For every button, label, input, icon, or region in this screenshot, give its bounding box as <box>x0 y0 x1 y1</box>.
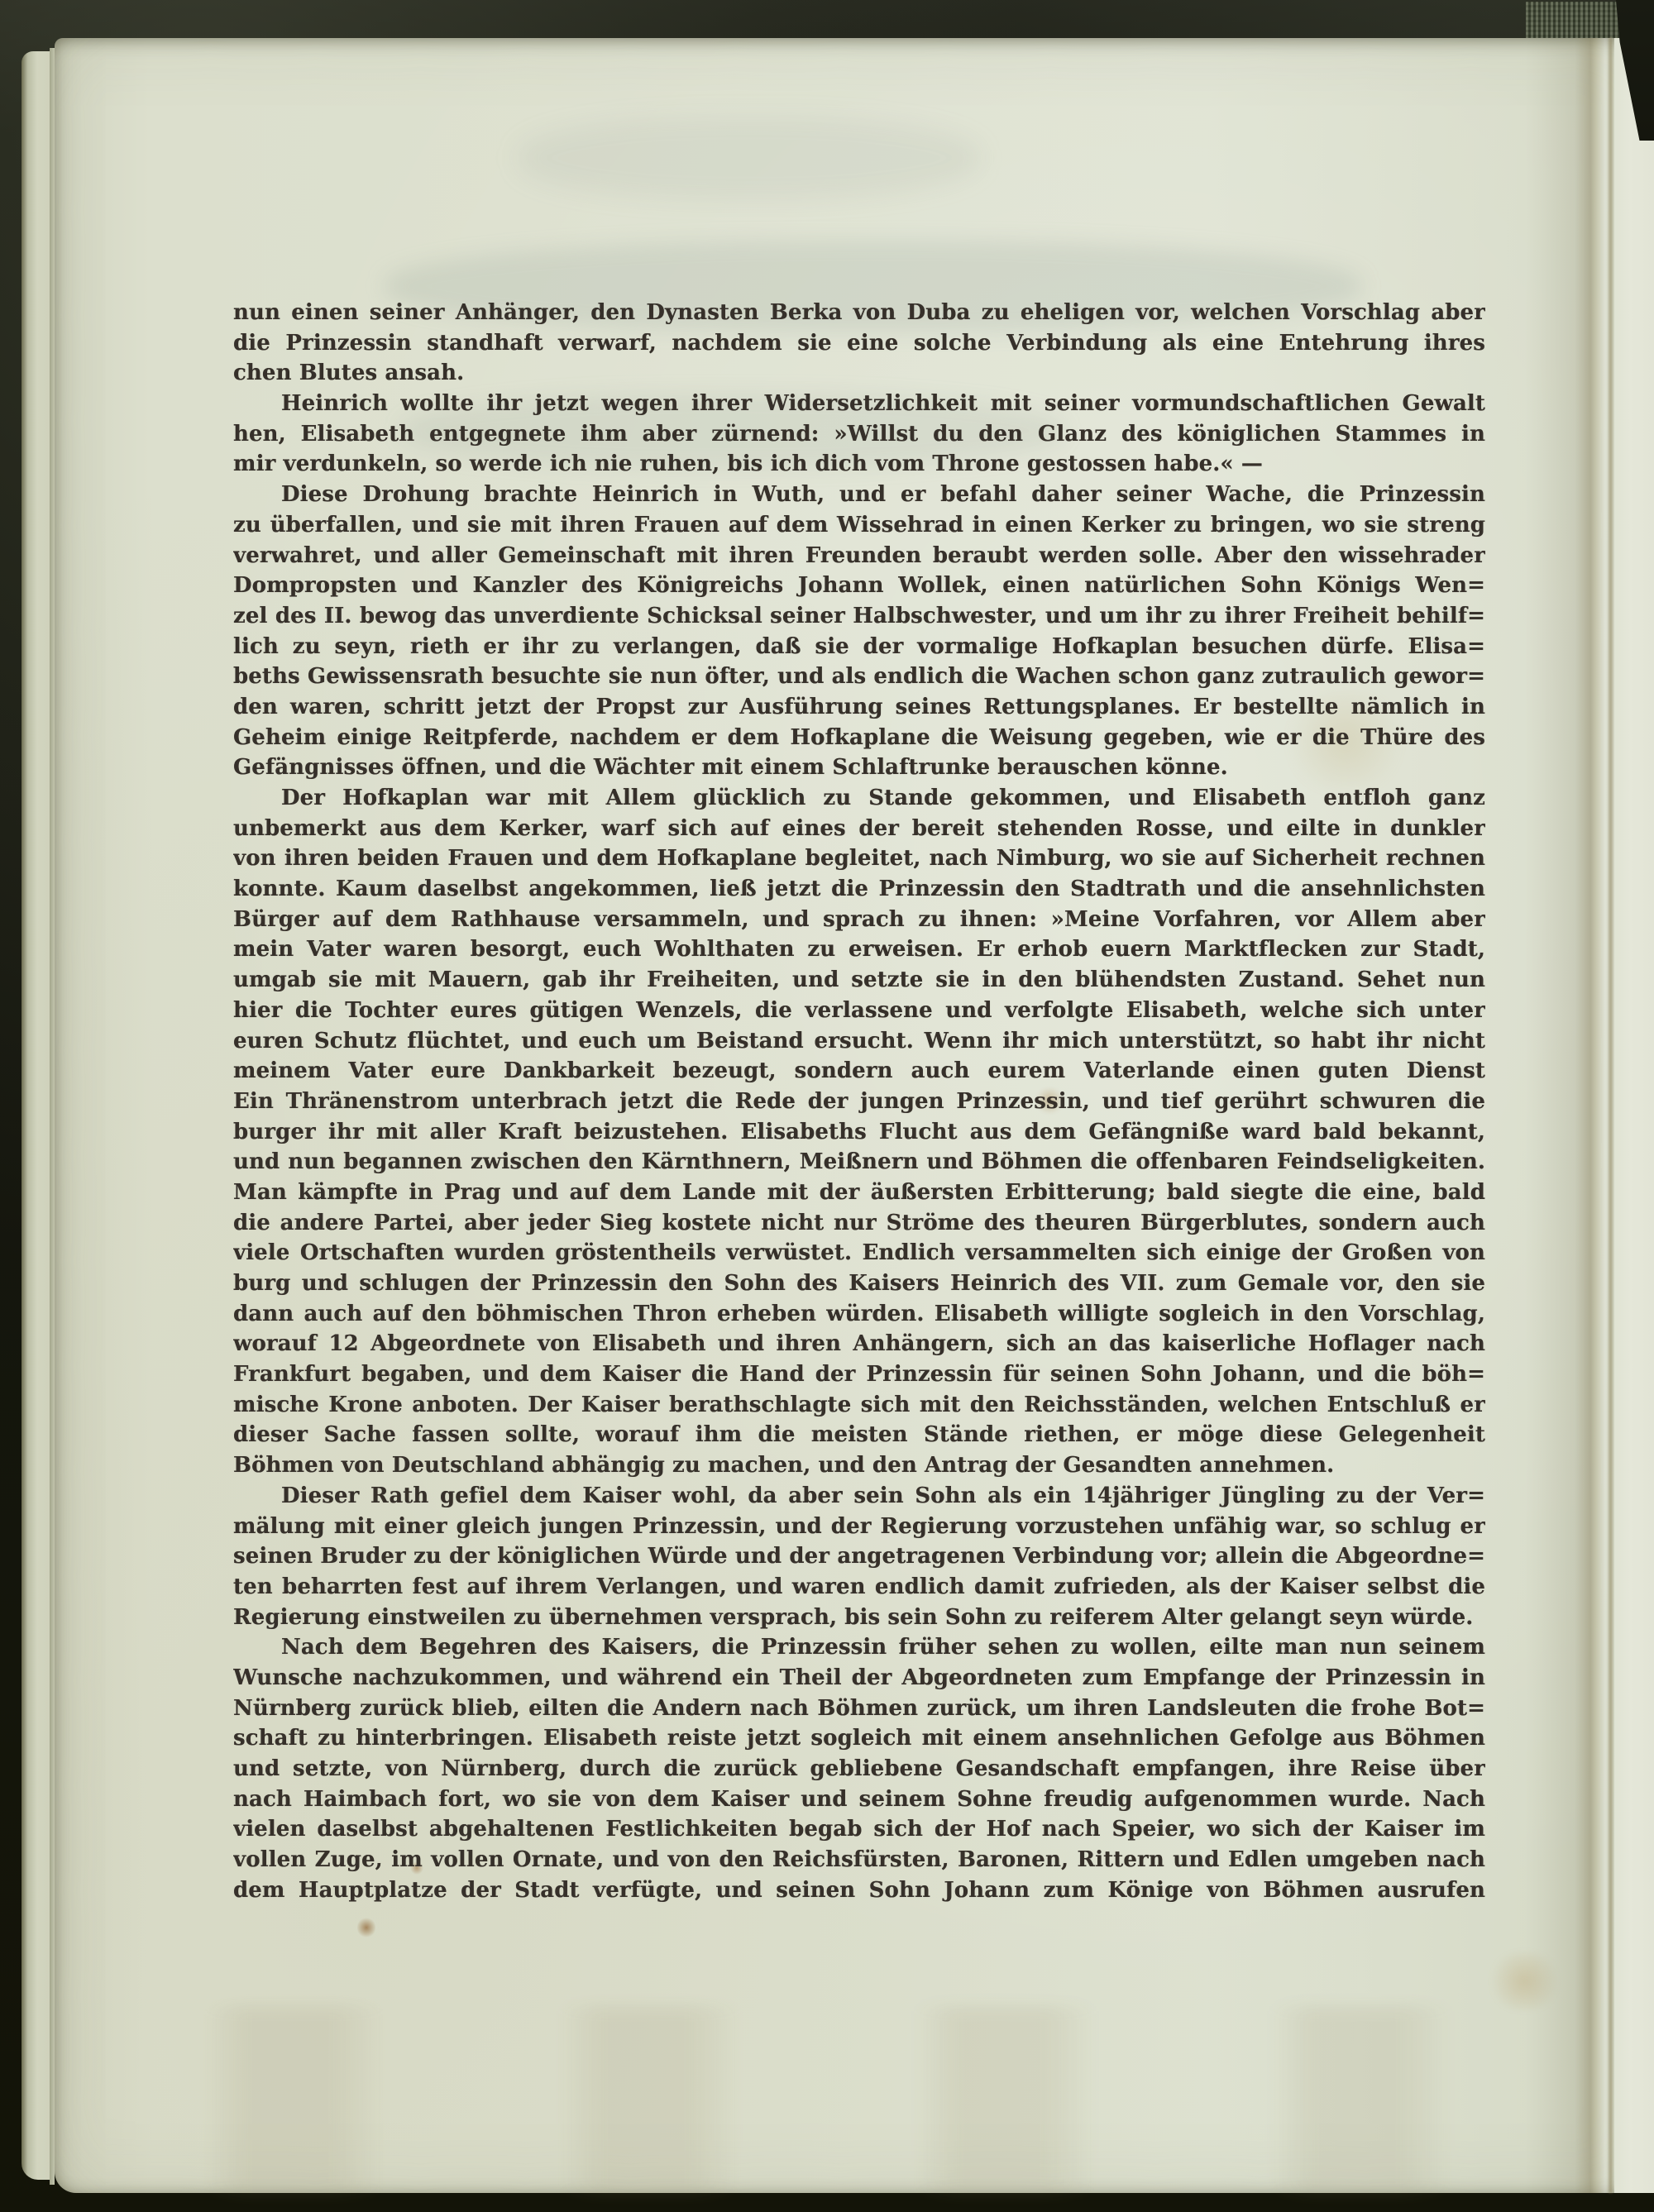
text-line: Nach dem Begehren des Kaisers, die Prinz… <box>233 1632 1485 1663</box>
paragraph: Heinrich wollte ihr jetzt wegen ihrer Wi… <box>233 389 1485 480</box>
text-line: vielen daselbst abgehaltenen Festlichkei… <box>233 1814 1485 1845</box>
text-line: Wunsche nachzukommen, und während ein Th… <box>233 1663 1485 1694</box>
text-line: Geheim einige Reitpferde, nachdem er dem… <box>233 723 1485 753</box>
binding-gutter-shadow <box>1525 38 1616 2193</box>
text-line: Nürnberg zurück blieb, eilten die Andern… <box>233 1694 1485 1724</box>
underlying-page-fore-edge <box>22 51 50 2180</box>
text-line: dem Hauptplatze der Stadt verfügte, und … <box>233 1875 1485 1906</box>
paragraph: Dieser Rath gefiel dem Kaiser wohl, da a… <box>233 1481 1485 1632</box>
book-page: nun einen seiner Anhänger, den Dynasten … <box>55 38 1654 2193</box>
text-line: meinem Vater eure Dankbarkeit bezeugt, s… <box>233 1056 1485 1087</box>
text-line: ten beharrten fest auf ihrem Verlangen, … <box>233 1572 1485 1603</box>
text-line: Diese Drohung brachte Heinrich in Wuth, … <box>233 480 1485 510</box>
text-line: chen Blutes ansah. <box>233 358 1485 389</box>
text-line: mische Krone anboten. Der Kaiser beraths… <box>233 1390 1485 1421</box>
text-line: mein Vater waren besorgt, euch Wohlthate… <box>233 934 1485 965</box>
text-line: und nun begannen zwischen den Kärnthnern… <box>233 1147 1485 1178</box>
text-line: dieser Sache fassen sollte, worauf ihm d… <box>233 1420 1485 1450</box>
text-line: verwahret, und aller Gemeinschaft mit ih… <box>233 541 1485 571</box>
text-line: Bürger auf dem Rathhause versammeln, und… <box>233 905 1485 935</box>
text-line: nun einen seiner Anhänger, den Dynasten … <box>233 298 1485 328</box>
text-line: mälung mit einer gleich jungen Prinzessi… <box>233 1512 1485 1542</box>
text-line: die Prinzessin standhaft verwarf, nachde… <box>233 328 1485 359</box>
text-line: euren Schutz flüchtet, und euch um Beist… <box>233 1026 1485 1057</box>
text-line: mir verdunkeln, so werde ich nie ruhen, … <box>233 449 1485 480</box>
text-line: Ein Thränenstrom unterbrach jetzt die Re… <box>233 1087 1485 1117</box>
text-line: beths Gewissensrath besuchte sie nun öft… <box>233 662 1485 692</box>
ink-show-through <box>518 117 981 199</box>
text-line: dann auch auf den böhmischen Thron erheb… <box>233 1299 1485 1330</box>
text-line: Böhmen von Deutschland abhängig zu mache… <box>233 1450 1485 1481</box>
text-line: Frankfurt begaben, und dem Kaiser die Ha… <box>233 1359 1485 1390</box>
text-line: burg und schlugen der Prinzessin den Soh… <box>233 1268 1485 1299</box>
paragraph: nun einen seiner Anhänger, den Dynasten … <box>233 298 1485 389</box>
text-line: konnte. Kaum daselbst angekommen, ließ j… <box>233 874 1485 905</box>
text-line: unbemerkt aus dem Kerker, warf sich auf … <box>233 814 1485 844</box>
text-line: Heinrich wollte ihr jetzt wegen ihrer Wi… <box>233 389 1485 419</box>
paper-discoloration <box>88 2006 1626 2193</box>
paragraph: Der Hofkaplan war mit Allem glücklich zu… <box>233 783 1485 1481</box>
text-line: Der Hofkaplan war mit Allem glücklich zu… <box>233 783 1485 814</box>
gutter-crease-line <box>1609 38 1613 2193</box>
text-line: Dompropsten und Kanzler des Königreichs … <box>233 571 1485 601</box>
page-text: nun einen seiner Anhänger, den Dynasten … <box>233 298 1485 1905</box>
paragraph: Diese Drohung brachte Heinrich in Wuth, … <box>233 480 1485 783</box>
text-line: Gefängnisses öffnen, und die Wächter mit… <box>233 752 1485 783</box>
text-line: hen, Elisabeth entgegnete ihm aber zürne… <box>233 419 1485 450</box>
text-line: Regierung einstweilen zu übernehmen vers… <box>233 1603 1485 1633</box>
text-line: Man kämpfte in Prag und auf dem Lande mi… <box>233 1178 1485 1208</box>
text-line: viele Ortschaften wurden gröstentheils v… <box>233 1238 1485 1268</box>
text-line: den waren, schritt jetzt der Propst zur … <box>233 692 1485 723</box>
text-line: vollen Zuge, im vollen Ornate, und von d… <box>233 1845 1485 1875</box>
text-line: burger ihr mit aller Kraft beizustehen. … <box>233 1117 1485 1148</box>
text-line: und setzte, von Nürnberg, durch die zurü… <box>233 1754 1485 1784</box>
text-line: schaft zu hinterbringen. Elisabeth reist… <box>233 1723 1485 1754</box>
text-line: hier die Tochter eures gütigen Wenzels, … <box>233 996 1485 1026</box>
paragraph: Nach dem Begehren des Kaisers, die Prinz… <box>233 1632 1485 1905</box>
text-line: seinen Bruder zu der königlichen Würde u… <box>233 1541 1485 1572</box>
text-line: von ihren beiden Frauen und dem Hofkapla… <box>233 843 1485 874</box>
text-line: worauf 12 Abgeordnete von Elisabeth und … <box>233 1329 1485 1359</box>
text-line: Dieser Rath gefiel dem Kaiser wohl, da a… <box>233 1481 1485 1512</box>
text-line: nach Haimbach fort, wo sie von dem Kaise… <box>233 1784 1485 1815</box>
text-line: zu überfallen, und sie mit ihren Frauen … <box>233 510 1485 541</box>
stain <box>357 1917 375 1938</box>
text-line: zel des II. bewog das unverdiente Schick… <box>233 601 1485 632</box>
book-photo: nun einen seiner Anhänger, den Dynasten … <box>0 0 1654 2212</box>
text-line: lich zu seyn, rieth er ihr zu verlangen,… <box>233 632 1485 662</box>
next-page-edge <box>1614 38 1654 2193</box>
text-line: umgab sie mit Mauern, gab ihr Freiheiten… <box>233 965 1485 996</box>
text-line: die andere Partei, aber jeder Sieg koste… <box>233 1208 1485 1239</box>
